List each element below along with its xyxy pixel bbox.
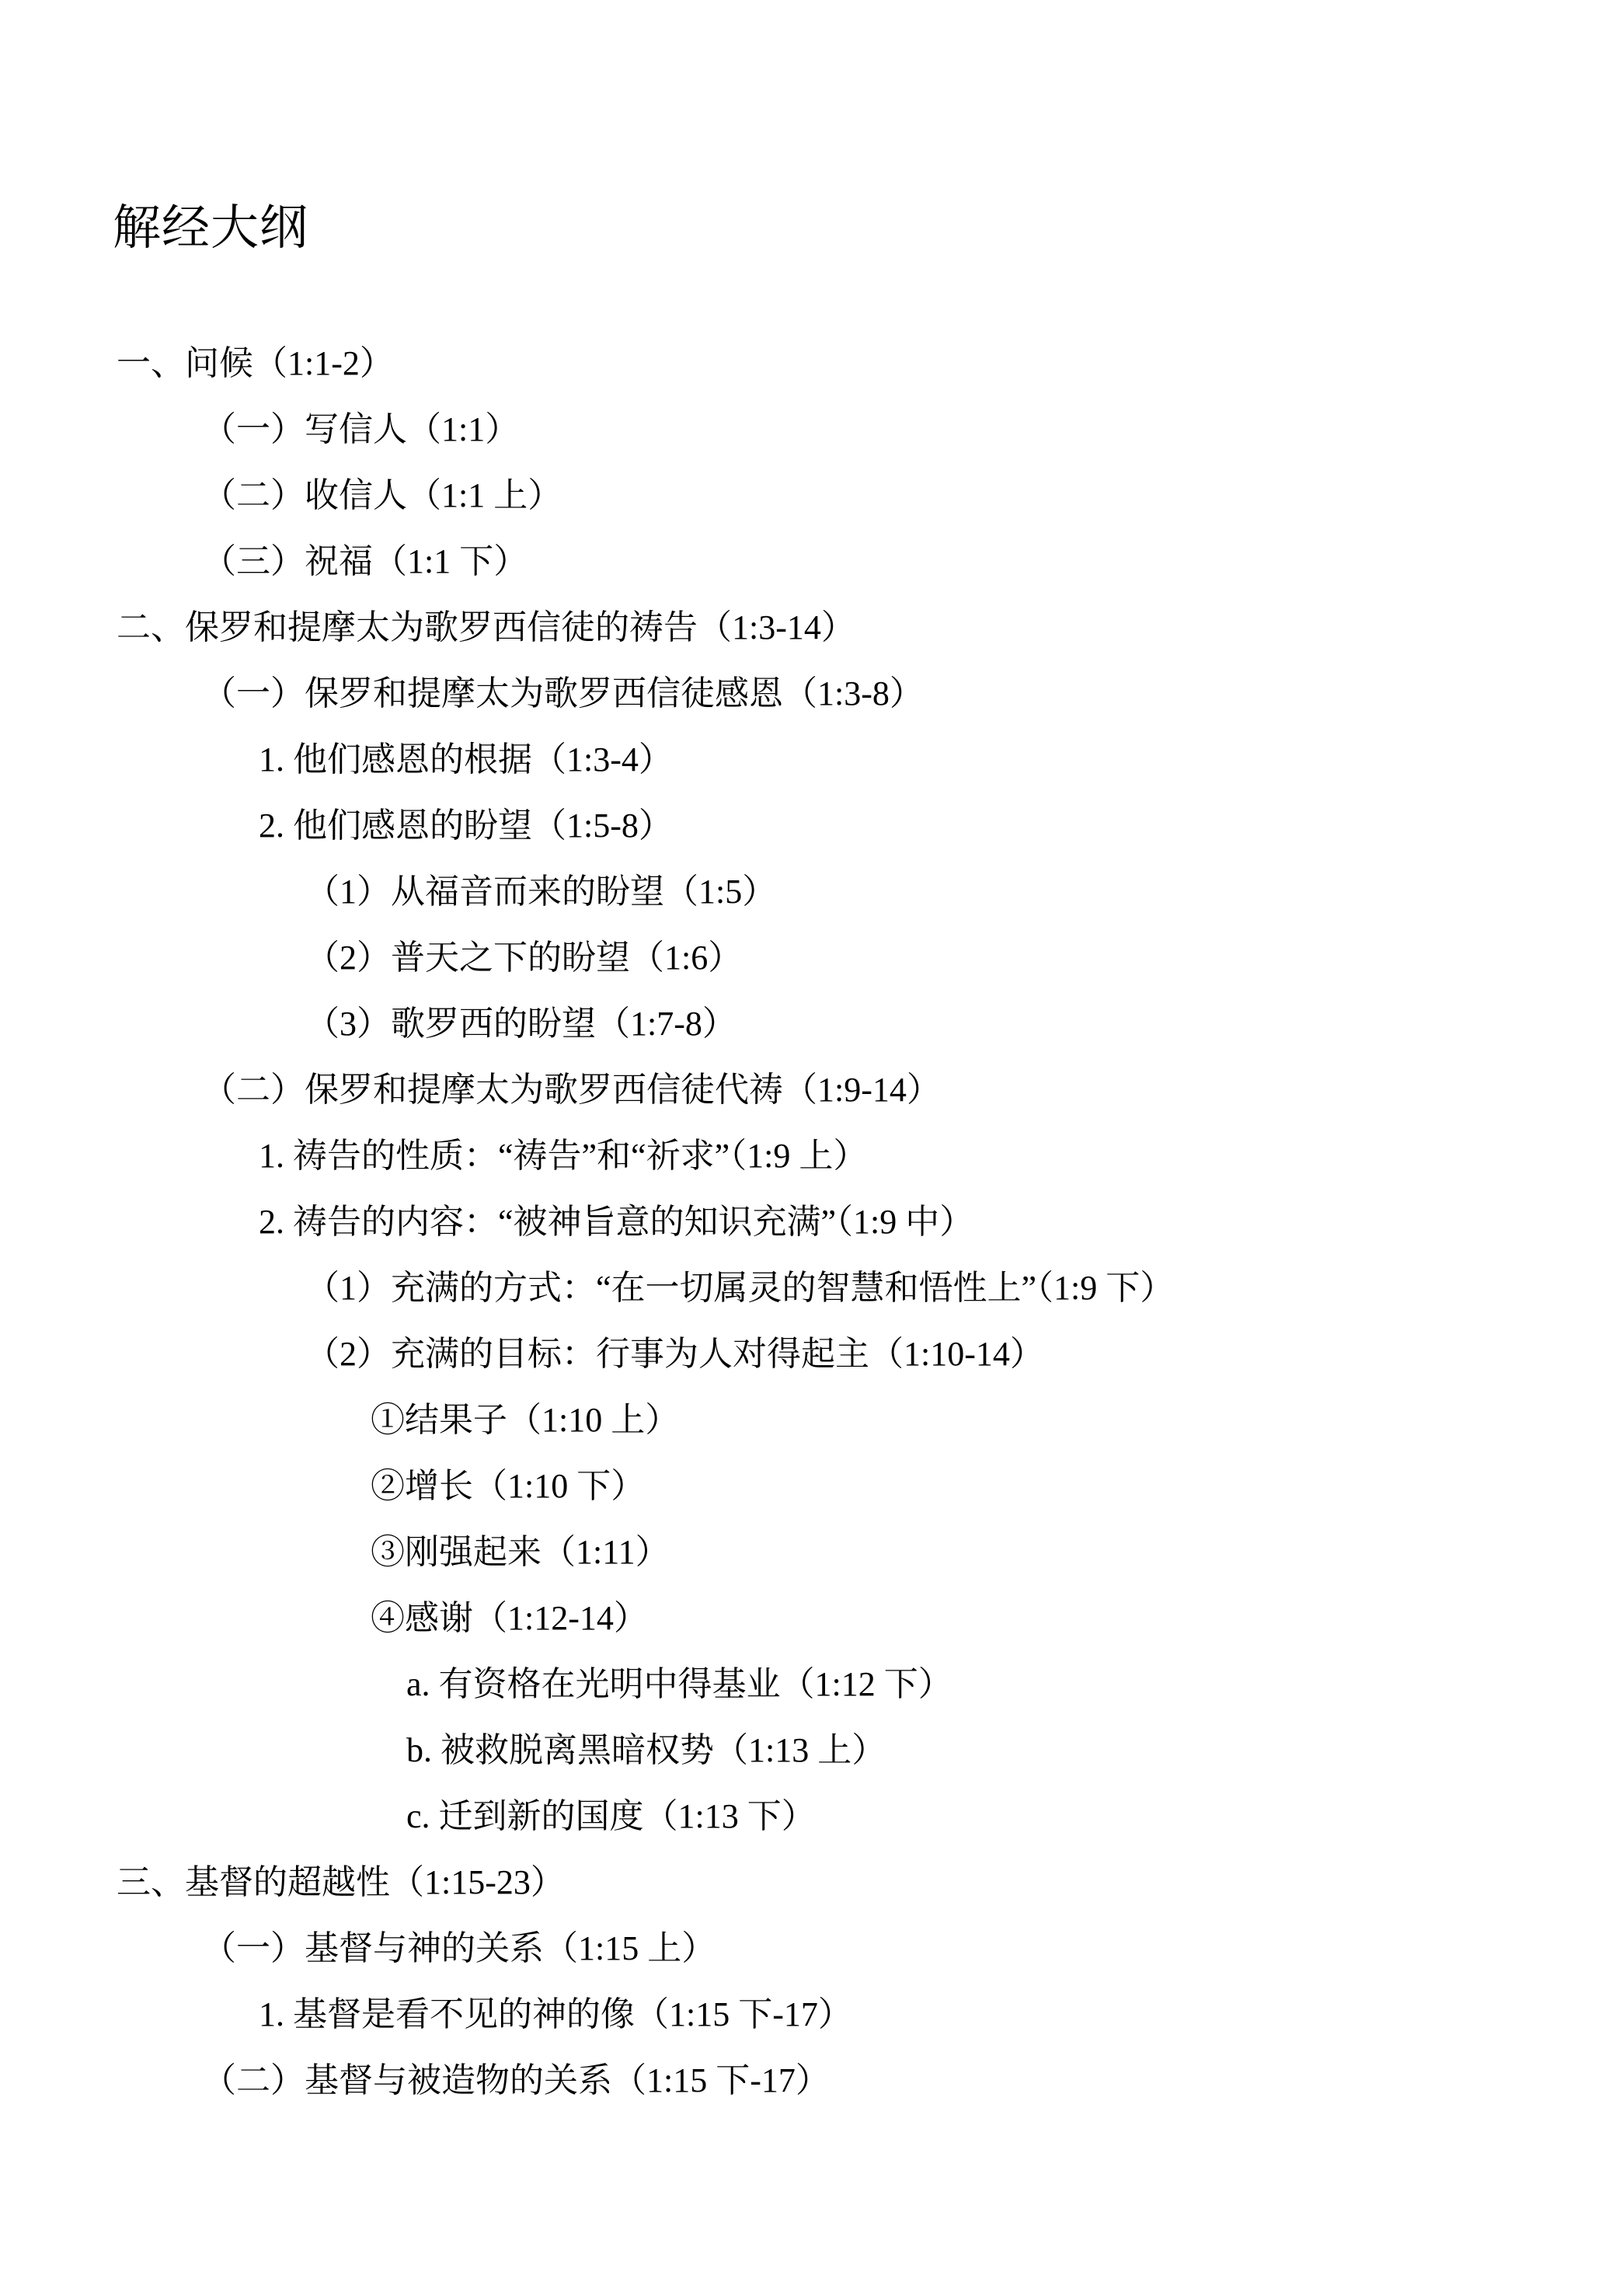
outline-item: 1. 祷告的性质：“祷告”和“祈求”（1:9 上） — [113, 1123, 1616, 1189]
outline-item: 2. 祷告的内容：“被神旨意的知识充满”（1:9 中） — [113, 1189, 1616, 1255]
outline-item: c. 迁到新的国度（1:13 下） — [113, 1783, 1616, 1849]
outline-item: （3）歌罗西的盼望（1:7-8） — [113, 991, 1616, 1057]
outline-item: b. 被救脱离黑暗权势（1:13 上） — [113, 1717, 1616, 1783]
outline-item: （三）祝福（1:1 下） — [113, 528, 1616, 594]
outline-item: ③刚强起来（1:11） — [113, 1519, 1616, 1585]
outline-item: （2）普天之下的盼望（1:6） — [113, 925, 1616, 991]
outline-item: 1. 他们感恩的根据（1:3-4） — [113, 726, 1616, 793]
outline-item: 1. 基督是看不见的神的像（1:15 下-17） — [113, 1981, 1616, 2047]
outline-item: 三、基督的超越性（1:15-23） — [113, 1849, 1616, 1915]
outline-item: （二）基督与被造物的关系（1:15 下-17） — [113, 2047, 1616, 2113]
outline-item: （1）从福音而来的盼望（1:5） — [113, 859, 1616, 925]
outline-item: （一）保罗和提摩太为歌罗西信徒感恩（1:3-8） — [113, 660, 1616, 726]
outline-item: a. 有资格在光明中得基业（1:12 下） — [113, 1651, 1616, 1717]
outline-item: （2）充满的目标：行事为人对得起主（1:10-14） — [113, 1321, 1616, 1387]
outline-item: 一、问候（1:1-2） — [113, 330, 1616, 396]
page-title: 解经大纲 — [0, 0, 1616, 253]
outline-item: ④感谢（1:12-14） — [113, 1585, 1616, 1651]
outline-item: （二）收信人（1:1 上） — [113, 462, 1616, 528]
outline-item: ②增长（1:10 下） — [113, 1453, 1616, 1519]
outline-item: ①结果子（1:10 上） — [113, 1387, 1616, 1453]
outline-item: （二）保罗和提摩太为歌罗西信徒代祷（1:9-14） — [113, 1057, 1616, 1123]
outline-item: 二、保罗和提摩太为歌罗西信徒的祷告（1:3-14） — [113, 594, 1616, 660]
exegetical-outline: 一、问候（1:1-2）（一）写信人（1:1）（二）收信人（1:1 上）（三）祝福… — [113, 330, 1616, 2113]
outline-item: （一）写信人（1:1） — [113, 396, 1616, 462]
outline-item: （一）基督与神的关系（1:15 上） — [113, 1915, 1616, 1981]
outline-item: 2. 他们感恩的盼望（1:5-8） — [113, 793, 1616, 859]
document-page: 解经大纲 一、问候（1:1-2）（一）写信人（1:1）（二）收信人（1:1 上）… — [0, 0, 1616, 2296]
outline-item: （1）充满的方式：“在一切属灵的智慧和悟性上”（1:9 下） — [113, 1255, 1616, 1321]
